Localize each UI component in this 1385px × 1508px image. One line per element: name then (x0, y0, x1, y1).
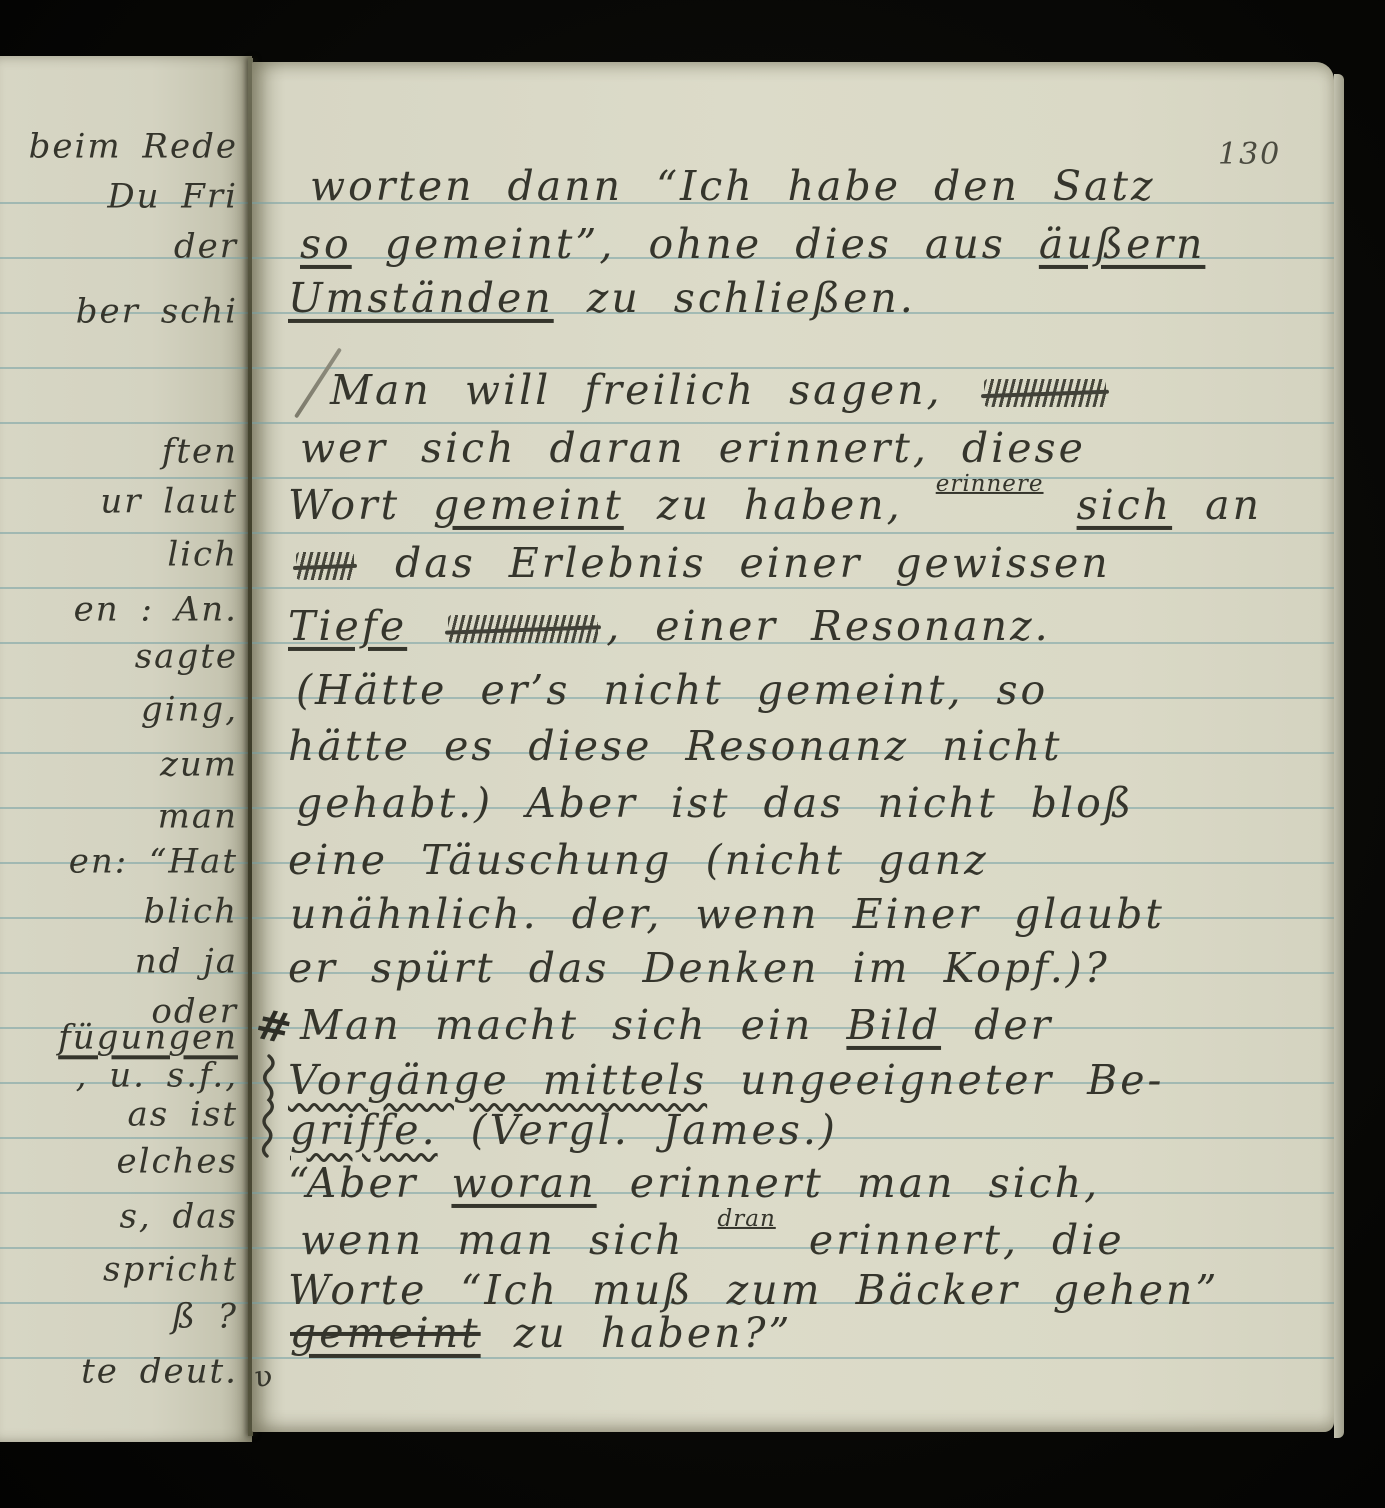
text-segment: te deut. (81, 1351, 238, 1391)
handwriting-line: gemeint zu haben?” (290, 1312, 792, 1355)
text-segment: zu haben, (624, 481, 936, 529)
left-page-fragment: fügungen (58, 1020, 238, 1056)
text-segment: sich (1077, 481, 1173, 529)
handwriting-line: Man will freilich sagen, (330, 369, 1114, 412)
text-segment: lich (167, 534, 238, 574)
handwriting-line: worten dann “Ich habe den Satz (310, 165, 1156, 208)
left-page-fragment: blich (144, 894, 238, 930)
handwriting-line: (Hätte er’s nicht gemeint, so (296, 669, 1048, 712)
handwriting-line: griffe. (Vergl. James.) (290, 1109, 838, 1152)
left-page-fragment: te deut. (81, 1354, 238, 1390)
handwriting-line: Umständen zu schließen. (288, 277, 916, 320)
text-segment: s, das (119, 1196, 238, 1236)
text-segment: ging, (141, 689, 238, 729)
text-segment (1044, 481, 1077, 529)
text-segment: hätte es diese Resonanz nicht (288, 722, 1063, 770)
text-segment: woran (451, 1159, 596, 1207)
text-segment: Tiefe (288, 602, 407, 650)
text-segment: eine Täuschung (nicht ganz (288, 836, 989, 884)
text-segment: zu haben?” (481, 1309, 793, 1357)
text-segment: Man macht sich ein (300, 1001, 846, 1049)
text-segment: beim Rede (29, 126, 238, 166)
left-page-fragment: elches (116, 1144, 238, 1180)
left-page-fragment: sagte (135, 639, 238, 675)
left-page-fragment: as ist (127, 1097, 238, 1133)
text-segment: elches (116, 1141, 238, 1181)
text-segment: ungeeigneter Be- (707, 1056, 1164, 1104)
inserted-word-above-line: dran (718, 1207, 776, 1231)
text-segment: ur laut (100, 481, 238, 521)
left-page-fragment: ur laut (100, 484, 238, 520)
text-segment: ften (162, 431, 238, 471)
text-segment: wer sich daran erinnert, diese (300, 424, 1086, 472)
text-segment: , einer Resonanz. (606, 602, 1051, 650)
left-page-fragment: ß ? (172, 1299, 238, 1335)
text-segment: zum (160, 744, 238, 784)
left-page-fragment: en : An. (74, 592, 238, 628)
text-segment: Worte “Ich muß zum Bäcker gehen” (288, 1266, 1219, 1314)
photo-background: beim RedeDu Friderber schiftenur lautlic… (0, 0, 1385, 1508)
text-segment: ß ? (172, 1296, 238, 1336)
text-segment: blich (144, 891, 238, 931)
scribbled-out-word (448, 615, 598, 643)
left-page-fragment: ber schi (76, 294, 238, 330)
left-page-fragment: beim Rede (29, 129, 238, 165)
text-segment: er spürt das Denken im Kopf.)? (288, 944, 1110, 992)
handwriting-line: Vorgänge mittels ungeeigneter Be- (288, 1059, 1164, 1102)
handwriting-line: hätte es diese Resonanz nicht (288, 725, 1063, 768)
text-segment: Wort (288, 481, 433, 529)
text-segment: as ist (127, 1094, 238, 1134)
text-segment: erinnert man sich, (597, 1159, 1101, 1207)
text-segment: Vorgänge mittels (288, 1056, 707, 1104)
text-segment: sagte (135, 636, 238, 676)
text-segment: fügungen (58, 1017, 238, 1057)
left-page-fragment: ging, (141, 692, 238, 728)
margin-tick-mark: ʋ (251, 1360, 275, 1393)
handwriting-line: das Erlebnis einer gewissen (288, 542, 1111, 585)
handwriting-line: wer sich daran erinnert, diese (300, 427, 1086, 470)
handwriting-line: “Aber woran erinnert man sich, (288, 1162, 1100, 1205)
text-segment: , u. s.f., (76, 1055, 238, 1095)
text-segment: Bild (846, 1001, 941, 1049)
left-page-fragment: lich (167, 537, 238, 573)
left-page-fragment: der (174, 229, 238, 265)
text-segment: zu schließen. (554, 274, 916, 322)
scribbled-out-word (984, 379, 1106, 407)
left-page-fragment: s, das (119, 1199, 238, 1235)
handwriting-line: wenn man sich dran erinnert, die (300, 1219, 1125, 1262)
text-segment: Umständen (288, 274, 554, 322)
text-segment: (Vergl. James.) (438, 1106, 838, 1154)
text-segment: griffe. (290, 1106, 438, 1154)
inserted-word-above-line: erinnere (936, 472, 1044, 496)
text-segment: gehabt.) Aber ist das nicht bloß (296, 779, 1134, 827)
text-segment: en : An. (74, 589, 238, 629)
text-segment: Man will freilich sagen, (330, 366, 976, 414)
text-segment: ber schi (76, 291, 238, 331)
left-page-fragment: nd ja (135, 944, 238, 980)
text-segment: gemeint (433, 481, 624, 529)
text-segment: erinnert, die (776, 1216, 1125, 1264)
margin-hash-mark: # (252, 1003, 295, 1051)
margin-squiggle-mark (260, 1054, 276, 1162)
handwriting-line: unähnlich. der, wenn Einer glaubt (290, 893, 1165, 936)
left-page-fragment: spricht (103, 1252, 238, 1288)
text-segment: der (174, 226, 238, 266)
text-segment: der (941, 1001, 1053, 1049)
text-segment: gemeint (290, 1309, 481, 1357)
text-segment (407, 602, 440, 650)
left-page-fragment: zum (160, 747, 238, 783)
page-stack-edge (1334, 74, 1344, 1438)
handwriting-line: gehabt.) Aber ist das nicht bloß (296, 782, 1134, 825)
right-page: 130 # ʋ worten dann “Ich habe den Satzso… (252, 62, 1334, 1432)
text-segment: Du Fri (107, 176, 238, 216)
left-page: beim RedeDu Friderber schiftenur lautlic… (0, 56, 252, 1442)
text-segment: äußern (1039, 220, 1206, 268)
text-segment: nd ja (135, 941, 238, 981)
left-page-fragment: en: “Hat (69, 844, 238, 880)
text-segment: (Hätte er’s nicht gemeint, so (296, 666, 1048, 714)
text-segment: worten dann “Ich habe den Satz (310, 162, 1156, 210)
handwriting-line: so gemeint”, ohne dies aus äußern (300, 223, 1205, 266)
handwriting-line: Tiefe , einer Resonanz. (288, 605, 1051, 648)
text-segment: so (300, 220, 352, 268)
handwriting-line: Man macht sich ein Bild der (300, 1004, 1053, 1047)
text-segment: gemeint”, ohne dies aus (352, 220, 1039, 268)
text-segment: wenn man sich (300, 1216, 718, 1264)
page-number: 130 (1218, 140, 1281, 170)
handwriting-line: er spürt das Denken im Kopf.)? (288, 947, 1110, 990)
text-segment: “Aber (288, 1159, 451, 1207)
left-page-fragment: , u. s.f., (76, 1058, 238, 1094)
left-page-fragment: Du Fri (107, 179, 238, 215)
text-segment: an (1172, 481, 1262, 529)
text-segment: das Erlebnis einer gewissen (362, 539, 1111, 587)
left-page-fragment: ften (162, 434, 238, 470)
text-segment: unähnlich. der, wenn Einer glaubt (290, 890, 1165, 938)
text-segment: en: “Hat (69, 841, 238, 881)
text-segment: spricht (103, 1249, 238, 1289)
scribbled-out-word (296, 552, 354, 580)
handwriting-line: eine Täuschung (nicht ganz (288, 839, 989, 882)
text-segment: man (158, 796, 238, 836)
handwriting-line: Worte “Ich muß zum Bäcker gehen” (288, 1269, 1219, 1312)
left-page-fragment: man (158, 799, 238, 835)
handwriting-line: Wort gemeint zu haben, erinnere sich an (288, 484, 1262, 527)
